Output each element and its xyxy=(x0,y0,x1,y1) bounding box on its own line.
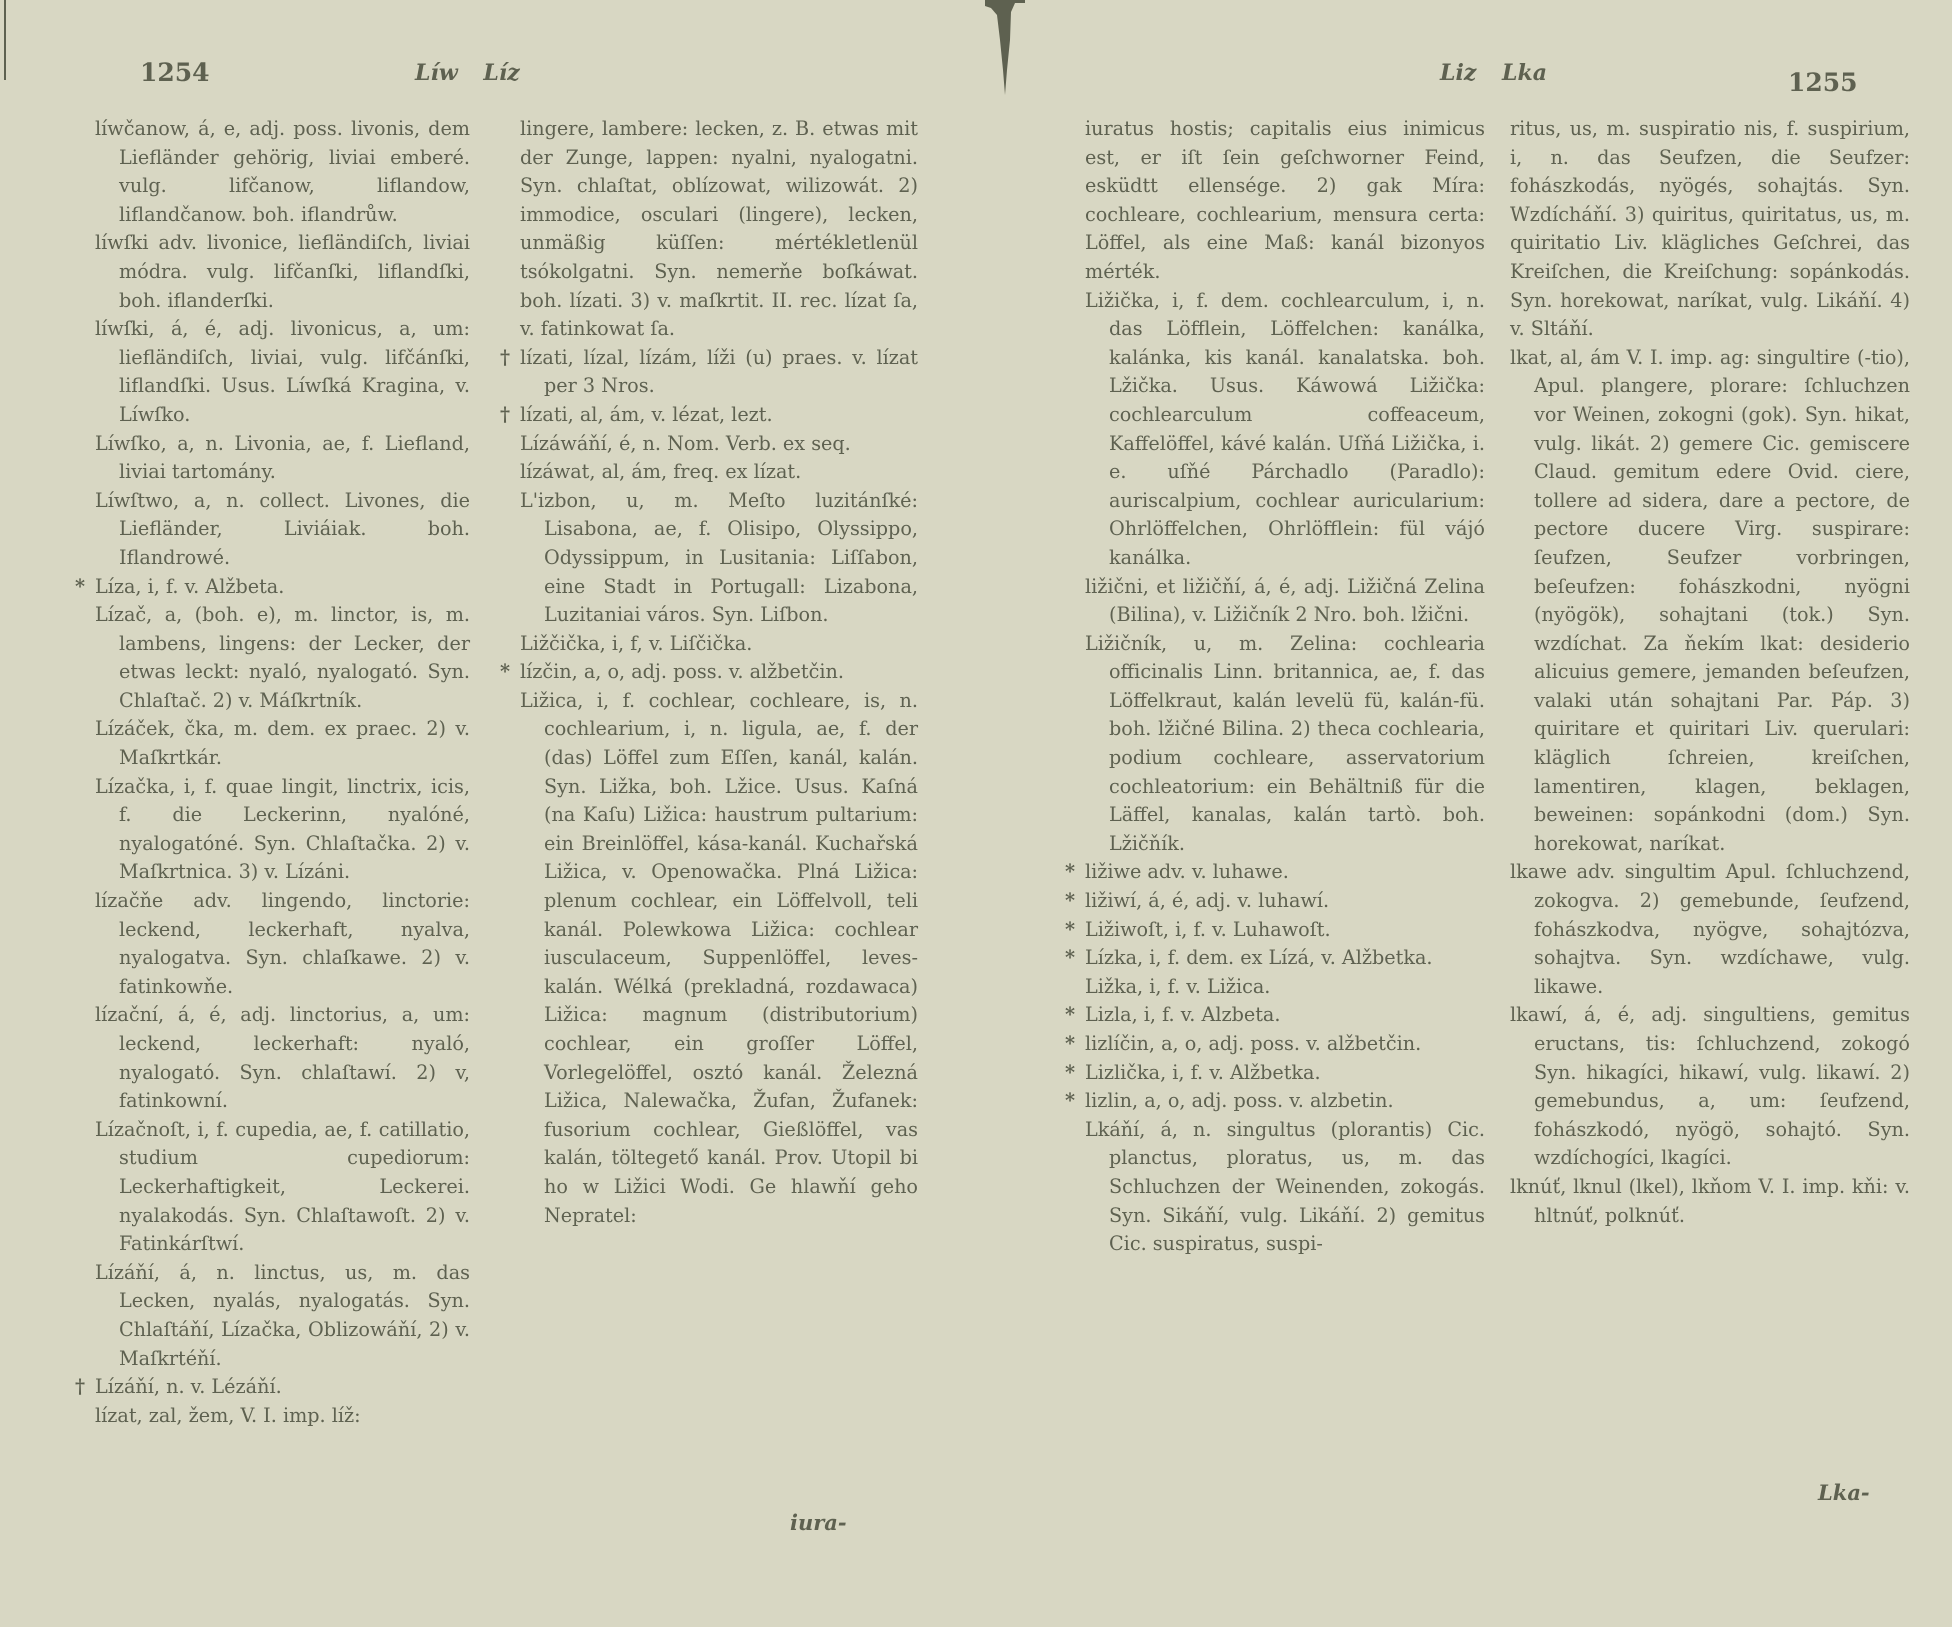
dictionary-entry: *Ližiwoſt, i, f. v. Luhawoſt. xyxy=(1085,916,1485,945)
dictionary-entry: Ližka, i, f. v. Ližica. xyxy=(1085,973,1485,1002)
dictionary-entry: Ližičník, u, m. Zelina: cochlearia offic… xyxy=(1085,630,1485,859)
dictionary-entry: *lizlíčin, a, o, adj. poss. v. alžbetčin… xyxy=(1085,1030,1485,1059)
dictionary-entry: Lízač, a, (boh. e), m. linctor, is, m. l… xyxy=(95,601,470,715)
dictionary-entry: Lízáwáňí, é, n. Nom. Verb. ex seq. xyxy=(520,430,918,459)
dictionary-entry: ližični, et ližičňí, á, é, adj. Ližičná … xyxy=(1085,573,1485,630)
dictionary-entry: *ližiwí, á, é, adj. v. luhawí. xyxy=(1085,887,1485,916)
guide-words-right: Liz Lka xyxy=(1440,60,1547,86)
dictionary-entry: lknúť, lknul (lkel), lkňom V. I. imp. kň… xyxy=(1510,1173,1910,1230)
dictionary-entry: †lízati, al, ám, v. lézat, lezt. xyxy=(520,401,918,430)
guide-words-left: Líw Líz xyxy=(415,60,520,86)
dictionary-entry: *Lizla, i, f. v. Alzbeta. xyxy=(1085,1001,1485,1030)
dictionary-entry: †Lízáňí, n. v. Lézáňí. xyxy=(95,1373,470,1402)
dictionary-entry: Lízačka, i, f. quae lingit, linctrix, ic… xyxy=(95,773,470,887)
dictionary-entry: *Lizlička, i, f. v. Alžbetka. xyxy=(1085,1059,1485,1088)
page-edge xyxy=(0,0,6,80)
dictionary-entry: lkat, al, ám V. I. imp. ag: singultire (… xyxy=(1510,344,1910,859)
dictionary-entry-continued: lingere, lambere: lecken, z. B. etwas mi… xyxy=(520,115,918,344)
dictionary-entry: Líwſtwo, a, n. collect. Livones, die Lie… xyxy=(95,487,470,573)
dictionary-entry: lízáwat, al, ám, freq. ex lízat. xyxy=(520,458,918,487)
dictionary-entry: líwſki, á, é, adj. livonicus, a, um: lie… xyxy=(95,315,470,429)
catchword-left: iura- xyxy=(790,1510,847,1535)
page-number-right: 1255 xyxy=(1788,68,1858,97)
column-2: lingere, lambere: lecken, z. B. etwas mi… xyxy=(520,115,918,1230)
dictionary-entry: Líwſko, a, n. Livonia, ae, f. Liefland, … xyxy=(95,430,470,487)
dictionary-entry: †lízati, lízal, lízám, líži (u) praes. v… xyxy=(520,344,918,401)
dictionary-entry: *Lízka, i, f. dem. ex Lízá, v. Alžbetka. xyxy=(1085,944,1485,973)
dictionary-entry: lízačňe adv. lingendo, linctorie: lecken… xyxy=(95,887,470,1001)
column-3: iuratus hostis; capitalis eius inimicus … xyxy=(1085,115,1485,1259)
dictionary-entry: *lízčin, a, o, adj. poss. v. alžbetčin. xyxy=(520,658,918,687)
dictionary-entry: lkawí, á, é, adj. singultiens, gemitus e… xyxy=(1510,1001,1910,1173)
dictionary-entry: *ližiwe adv. v. luhawe. xyxy=(1085,858,1485,887)
dictionary-entry: lkawe adv. singultim Apul. ſchluchzend, … xyxy=(1510,858,1910,1001)
dictionary-entry: *Líza, i, f. v. Alžbeta. xyxy=(95,573,470,602)
dictionary-entry-continued: ritus, us, m. suspiratio nis, f. suspiri… xyxy=(1510,115,1910,344)
left-page: 1254 Líw Líz líwčanow, á, e, adj. poss. … xyxy=(0,0,975,1627)
dictionary-entry: líwčanow, á, e, adj. poss. livonis, dem … xyxy=(95,115,470,229)
dictionary-entry: *lizlin, a, o, adj. poss. v. alzbetin. xyxy=(1085,1087,1485,1116)
dictionary-entry: líwſki adv. livonice, liefländiſch, livi… xyxy=(95,229,470,315)
dictionary-entry: L'izbon, u, m. Meſto luzitánſké: Lisabon… xyxy=(520,487,918,630)
dictionary-entry: Ližička, i, f. dem. cochlearculum, i, n.… xyxy=(1085,287,1485,573)
dictionary-entry: Lkáňí, á, n. singultus (plorantis) Cic. … xyxy=(1085,1116,1485,1259)
dictionary-entry: Ližčička, i, f, v. Liſčička. xyxy=(520,630,918,659)
dictionary-entry-continued: iuratus hostis; capitalis eius inimicus … xyxy=(1085,115,1485,287)
column-4: ritus, us, m. suspiratio nis, f. suspiri… xyxy=(1510,115,1910,1230)
page-number-left: 1254 xyxy=(140,58,210,87)
dictionary-entry: Lízáňí, á, n. linctus, us, m. das Lecken… xyxy=(95,1259,470,1373)
dictionary-entry: Lízáček, čka, m. dem. ex praec. 2) v. Ma… xyxy=(95,715,470,772)
dictionary-entry: Ližica, i, f. cochlear, cochleare, is, n… xyxy=(520,687,918,1230)
dictionary-entry: lízat, zal, žem, V. I. imp. líž: xyxy=(95,1402,470,1431)
dictionary-entry: Lízačnoſt, i, f. cupedia, ae, f. catilla… xyxy=(95,1116,470,1259)
dictionary-entry: lízační, á, é, adj. linctorius, a, um: l… xyxy=(95,1001,470,1115)
column-1: líwčanow, á, e, adj. poss. livonis, dem … xyxy=(95,115,470,1430)
catchword-right: Lka- xyxy=(1818,1480,1870,1505)
